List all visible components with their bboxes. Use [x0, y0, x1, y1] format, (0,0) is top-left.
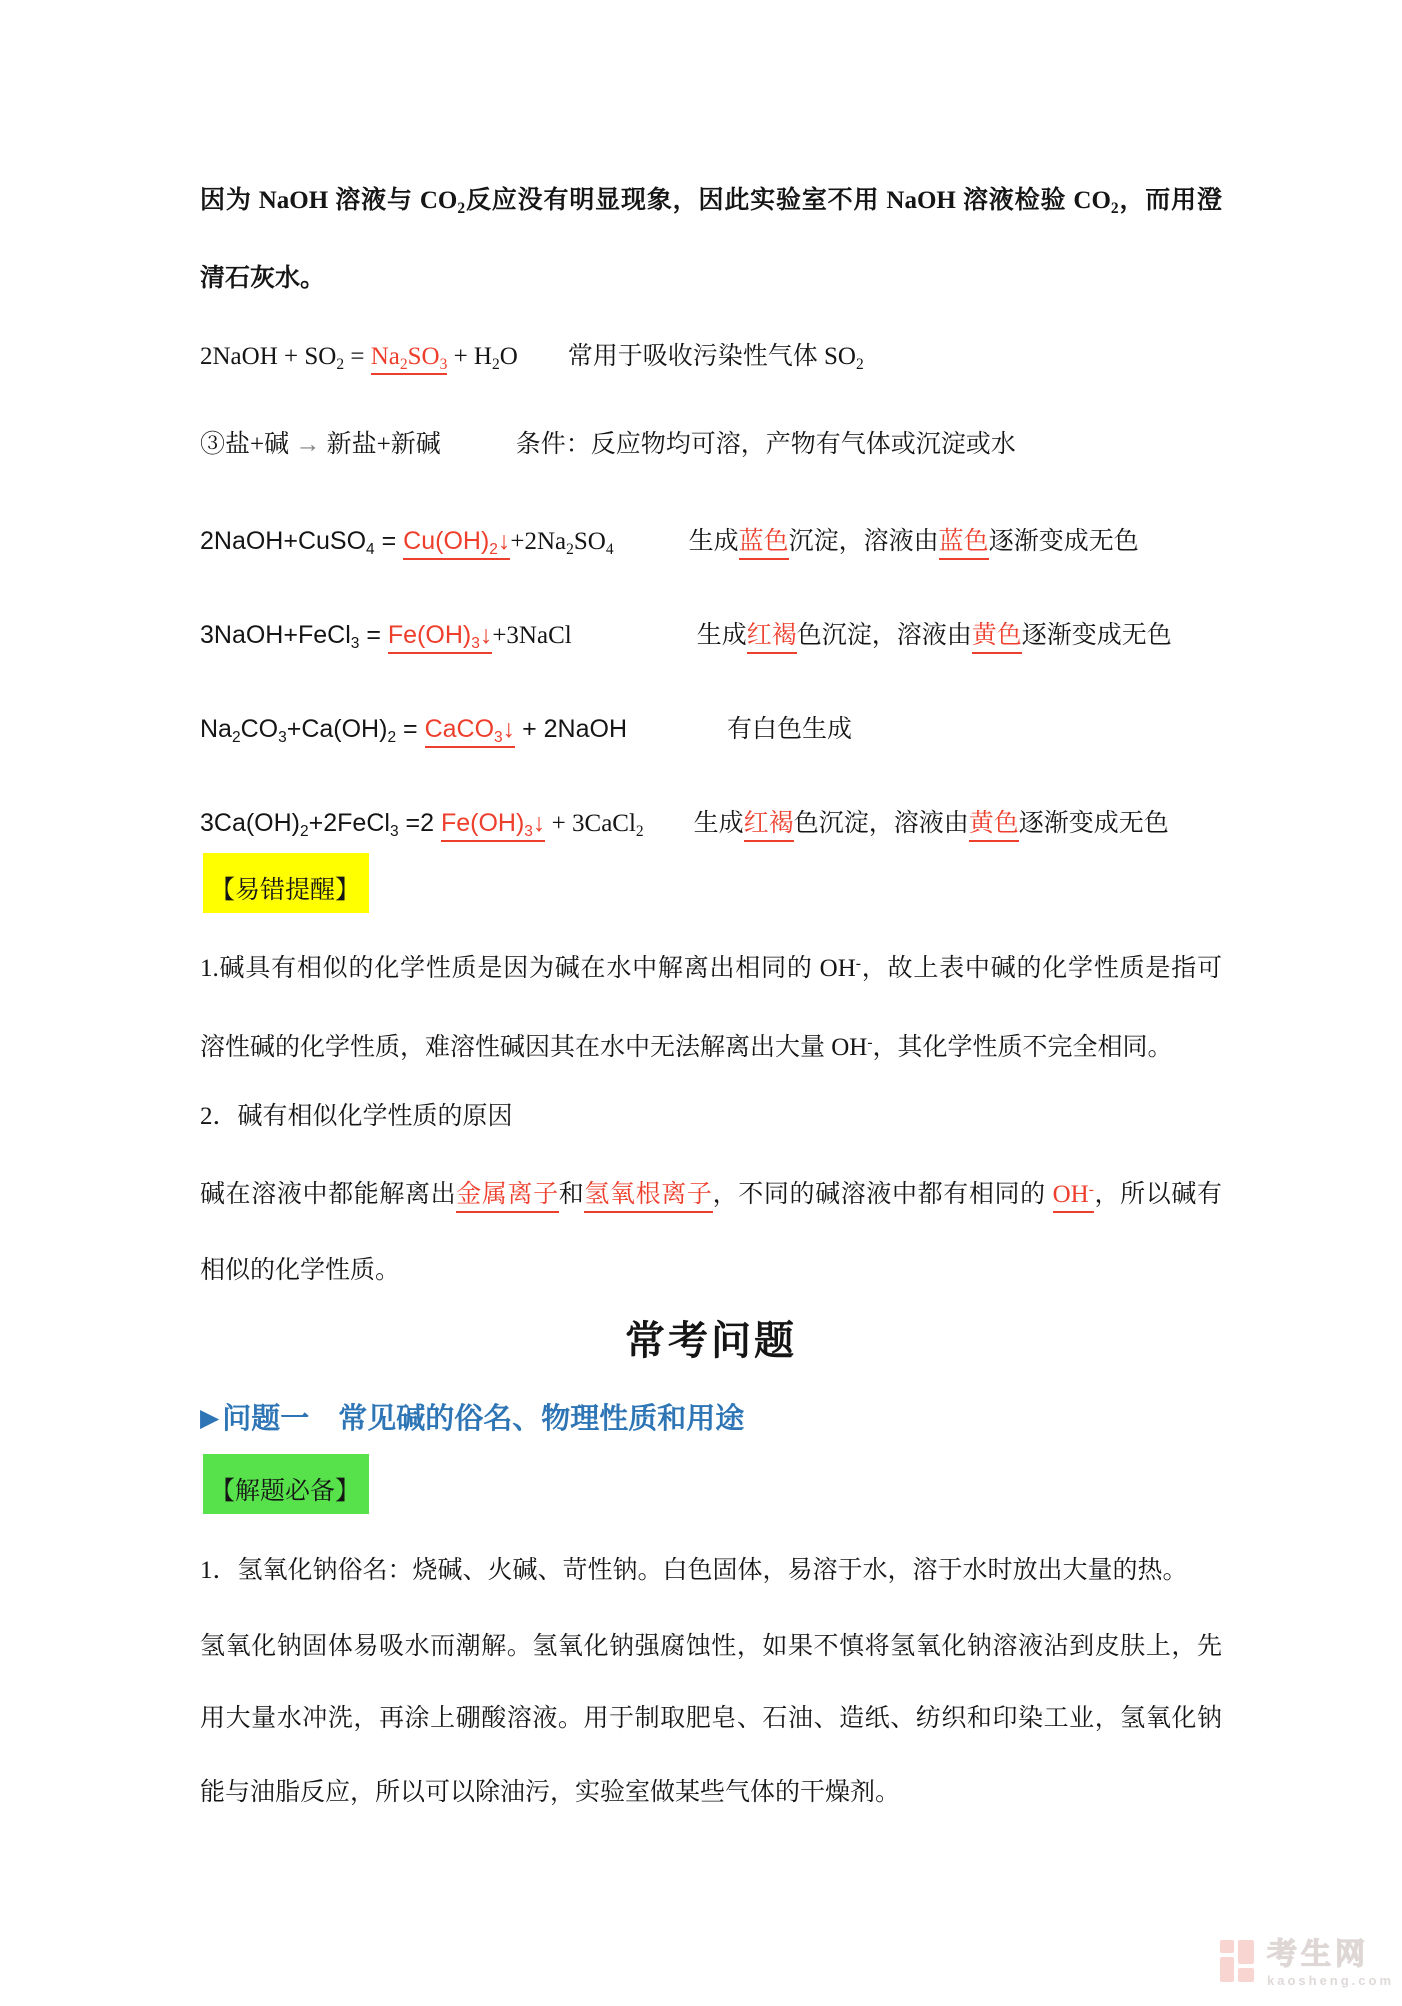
equation-caoh2-fecl3: 3Ca(OH)2+2FeCl3 =2 Fe(OH)3↓ + 3CaCl2 生成红…	[200, 807, 1222, 841]
rule-salt-base: ③盐+碱 → 新盐+新碱 条件：反应物均可溶，产物有气体或沉淀或水	[200, 429, 1222, 462]
equation-naoh-fecl3: 3NaOH+FeCl3 = Fe(OH)3↓+3NaCl 生成红褐色沉淀，溶液由…	[200, 619, 1222, 653]
section-title: 常考问题	[200, 1315, 1222, 1367]
question1-heading: ▶问题一 常见碱的俗名、物理性质和用途	[200, 1401, 1222, 1439]
naoh-line-1: 1．氢氧化钠俗名：烧碱、火碱、苛性钠。白色固体，易溶于水，溶于水时放出大量的热。	[200, 1555, 1222, 1588]
equation-naoh-cuso4: 2NaOH+CuSO4 = Cu(OH)2↓+2Na2SO4 生成蓝色沉淀，溶液…	[200, 525, 1222, 559]
intro-line-2: 清石灰水。	[200, 263, 1222, 296]
note2-title: 2．碱有相似化学性质的原因	[200, 1101, 1222, 1134]
document-page: 因为 NaOH 溶液与 CO2反应没有明显现象，因此实验室不用 NaOH 溶液检…	[0, 0, 1402, 2006]
kaosheng-watermark: 考生网 kaosheng.com	[1220, 1940, 1394, 1988]
equation-na2co3-caoh2: Na2CO3+Ca(OH)2 = CaCO3↓ + 2NaOH 有白色生成	[200, 713, 1222, 747]
naoh-line-4: 能与油脂反应，所以可以除油污，实验室做某些气体的干燥剂。	[200, 1777, 1222, 1810]
naoh-line-3: 用大量水冲洗，再涂上硼酸溶液。用于制取肥皂、石油、造纸、纺织和印染工业，氢氧化钠	[200, 1703, 1222, 1736]
watermark-site-domain: kaosheng.com	[1267, 1973, 1394, 1988]
note1-line-2: 溶性碱的化学性质，难溶性碱因其在水中无法解离出大量 OH-，其化学性质不完全相同…	[200, 1032, 1222, 1065]
naoh-line-2: 氢氧化钠固体易吸水而潮解。氢氧化钠强腐蚀性，如果不慎将氢氧化钠溶液沾到皮肤上，先	[200, 1631, 1222, 1664]
solution-header: 【解题必备】	[203, 1454, 369, 1514]
kaosheng-logo-icon	[1220, 1940, 1254, 1982]
watermark-site-name: 考生网	[1267, 1940, 1394, 1970]
watermark-text: 考生网 kaosheng.com	[1267, 1940, 1394, 1988]
intro-line-1: 因为 NaOH 溶液与 CO2反应没有明显现象，因此实验室不用 NaOH 溶液检…	[200, 185, 1222, 218]
error-tip-header: 【易错提醒】	[203, 853, 369, 913]
equation-naoh-so2: 2NaOH + SO2 = Na2SO3 + H2O 常用于吸收污染性气体 SO…	[200, 341, 1222, 374]
note1-line-1: 1.碱具有相似的化学性质是因为碱在水中解离出相同的 OH-，故上表中碱的化学性质…	[200, 953, 1222, 986]
note2-line-1: 碱在溶液中都能解离出金属离子和氢氧根离子，不同的碱溶液中都有相同的 OH-，所以…	[200, 1179, 1222, 1212]
note2-line-2: 相似的化学性质。	[200, 1255, 1222, 1288]
